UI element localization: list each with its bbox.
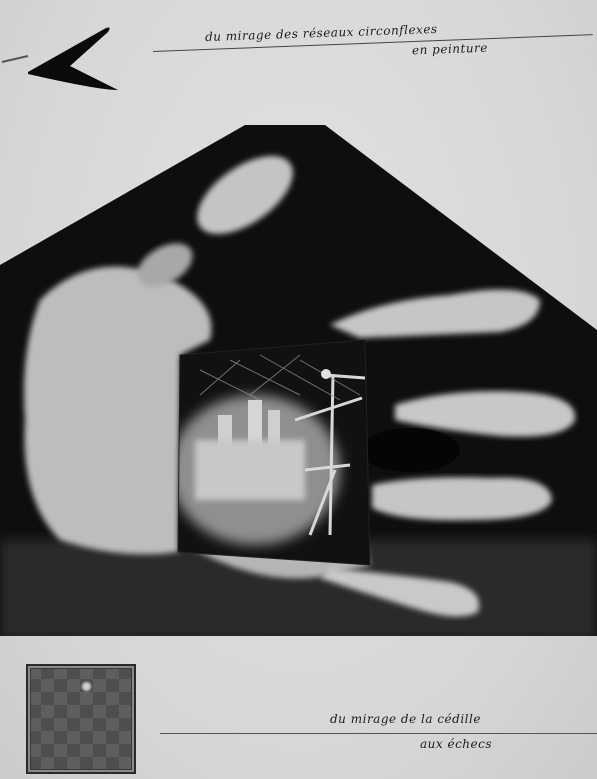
- inner-photo-ruins: [170, 335, 375, 570]
- artwork-page: du mirage des réseaux circonflexes en pe…: [0, 0, 597, 779]
- bottom-caption-rule: [160, 733, 597, 734]
- bottom-caption-line2: aux échecs: [420, 737, 492, 751]
- bottom-caption-line1: du mirage de la cédille: [330, 712, 481, 726]
- chess-highlight: [82, 682, 91, 691]
- chessboard-icon: [26, 664, 136, 774]
- hand-photo-collage: [0, 0, 597, 779]
